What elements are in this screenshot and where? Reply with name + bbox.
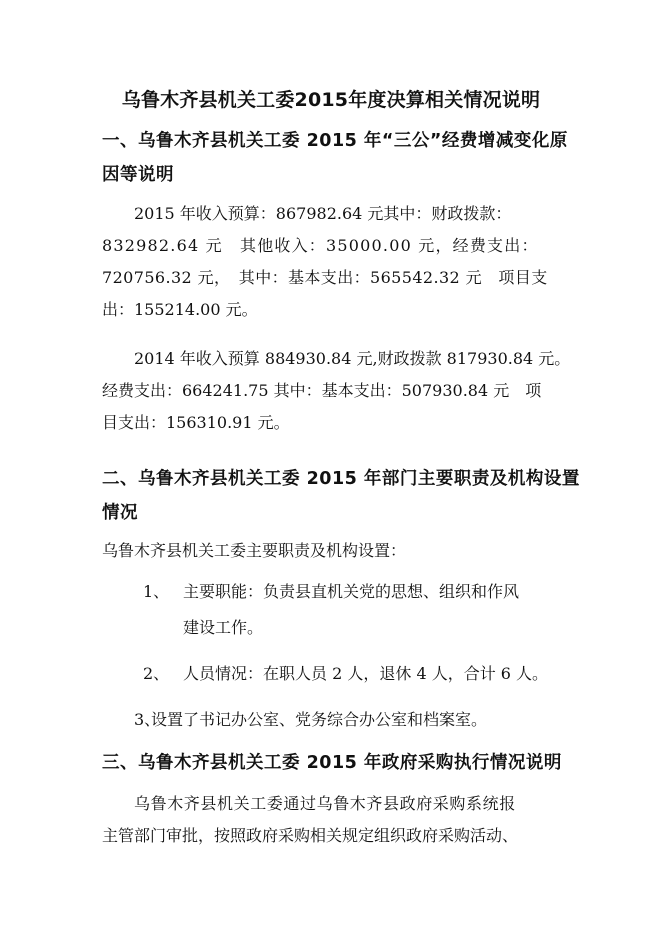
document-page: 乌鲁木齐县机关工委2015年度决算相关情况说明 一、乌鲁木齐县机关工委 2015… <box>0 0 662 936</box>
list-item-3-line-1: 设置了书记办公室、党务综合办公室和档案室。 <box>151 704 487 736</box>
para-2015-line-4: 出：155214.00 元。 <box>102 294 564 326</box>
list-item-3: 3、 设置了书记办公室、党务综合办公室和档案室。 <box>134 704 574 736</box>
para-2015-line-3: 720756.32 元， 其中：基本支出：565542.32 元 项目支 <box>102 262 564 294</box>
list-item-2: 2、 人员情况：在职人员 2 人，退休 4 人，合计 6 人。 <box>143 658 573 690</box>
section-1-heading-line-2: 因等说明 <box>102 158 572 192</box>
section-3-heading: 三、乌鲁木齐县机关工委 2015 年政府采购执行情况说明 <box>102 746 572 780</box>
section-3-para-line-2: 主管部门审批，按照政府采购相关规定组织政府采购活动、 <box>102 820 572 852</box>
section-3-heading-text: 三、乌鲁木齐县机关工委 2015 年政府采购执行情况说明 <box>102 746 572 780</box>
section-2-heading: 二、乌鲁木齐县机关工委 2015 年部门主要职责及机构设置 情况 <box>102 462 572 530</box>
para-2014-line-3: 目支出：156310.91 元。 <box>102 407 564 439</box>
list-item-2-line-1: 人员情况：在职人员 2 人，退休 4 人，合计 6 人。 <box>183 658 548 690</box>
list-item-2-number: 2、 <box>143 658 169 690</box>
document-title: 乌鲁木齐县机关工委2015年度决算相关情况说明 <box>0 86 662 114</box>
section-1-paragraph-2015: 2015 年收入预算：867982.64 元其中：财政拨款： 832982.64… <box>102 198 564 326</box>
para-2015-line-2: 832982.64 元 其他收入：35000.00 元，经费支出： <box>102 230 564 262</box>
list-item-1: 1、 主要职能：负责县直机关党的思想、组织和作风 建设工作。 <box>143 576 573 640</box>
section-1-paragraph-2014: 2014 年收入预算 884930.84 元,财政拨款 817930.84 元。… <box>102 343 564 439</box>
section-1-heading-line-1: 一、乌鲁木齐县机关工委 2015 年“三公”经费增减变化原 <box>102 124 572 158</box>
para-2014-line-2: 经费支出：664241.75 其中：基本支出：507930.84 元 项 <box>102 375 564 407</box>
section-2-intro: 乌鲁木齐县机关工委主要职责及机构设置： <box>102 535 564 567</box>
section-1-heading: 一、乌鲁木齐县机关工委 2015 年“三公”经费增减变化原 因等说明 <box>102 124 572 192</box>
para-2014-line-1: 2014 年收入预算 884930.84 元,财政拨款 817930.84 元。 <box>102 343 564 375</box>
section-2-heading-line-1: 二、乌鲁木齐县机关工委 2015 年部门主要职责及机构设置 <box>102 462 572 496</box>
list-item-1-line-2: 建设工作。 <box>183 612 263 644</box>
para-2015-line-1: 2015 年收入预算：867982.64 元其中：财政拨款： <box>102 198 564 230</box>
section-3-paragraph: 乌鲁木齐县机关工委通过乌鲁木齐县政府采购系统报 主管部门审批，按照政府采购相关规… <box>102 788 572 852</box>
section-2-heading-line-2: 情况 <box>102 496 572 530</box>
list-item-1-line-1: 主要职能：负责县直机关党的思想、组织和作风 <box>183 576 519 608</box>
section-3-para-line-1: 乌鲁木齐县机关工委通过乌鲁木齐县政府采购系统报 <box>102 788 572 820</box>
section-2-intro-text: 乌鲁木齐县机关工委主要职责及机构设置： <box>102 535 564 567</box>
list-item-1-number: 1、 <box>143 576 169 608</box>
